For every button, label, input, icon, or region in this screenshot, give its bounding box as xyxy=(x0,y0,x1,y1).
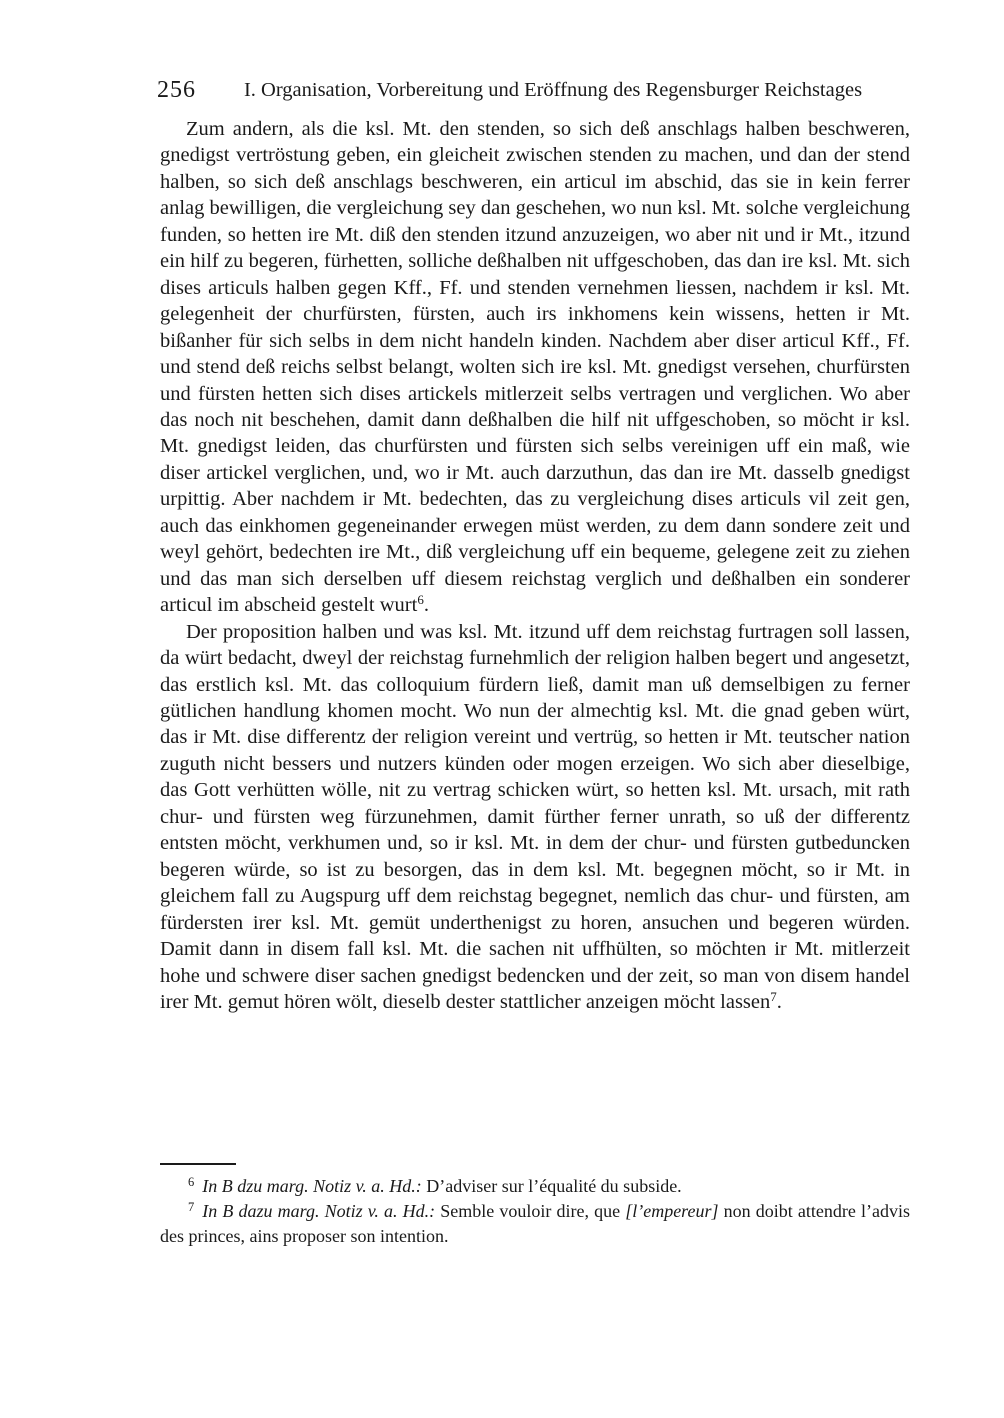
book-page: 256 I. Organisation, Vorbereitung und Er… xyxy=(0,0,1004,1418)
footnote-7: 7In B dazu marg. Notiz v. a. Hd.: Semble… xyxy=(160,1199,910,1249)
paragraph-2: Der proposition halben und was ksl. Mt. … xyxy=(160,619,910,1016)
footnote-separator-rule xyxy=(160,1163,236,1165)
footnote-7-marker: 7 xyxy=(188,1200,194,1214)
page-number: 256 xyxy=(157,77,196,104)
footnote-6: 6In B dzu marg. Notiz v. a. Hd.: D’advis… xyxy=(160,1174,910,1199)
main-text: Zum andern, als die ksl. Mt. den stenden… xyxy=(160,116,910,1015)
page-header: 256 I. Organisation, Vorbereitung und Er… xyxy=(160,79,910,102)
footnote-6-marker: 6 xyxy=(188,1175,194,1189)
paragraph-1: Zum andern, als die ksl. Mt. den stenden… xyxy=(160,116,910,619)
footnotes-section: 6In B dzu marg. Notiz v. a. Hd.: D’advis… xyxy=(160,1163,910,1249)
footnote-7-text: In B dazu marg. Notiz v. a. Hd.: Semble … xyxy=(160,1201,910,1246)
footnote-6-text: In B dzu marg. Notiz v. a. Hd.: D’advise… xyxy=(202,1176,681,1196)
running-title: I. Organisation, Vorbereitung und Eröffn… xyxy=(160,79,910,102)
